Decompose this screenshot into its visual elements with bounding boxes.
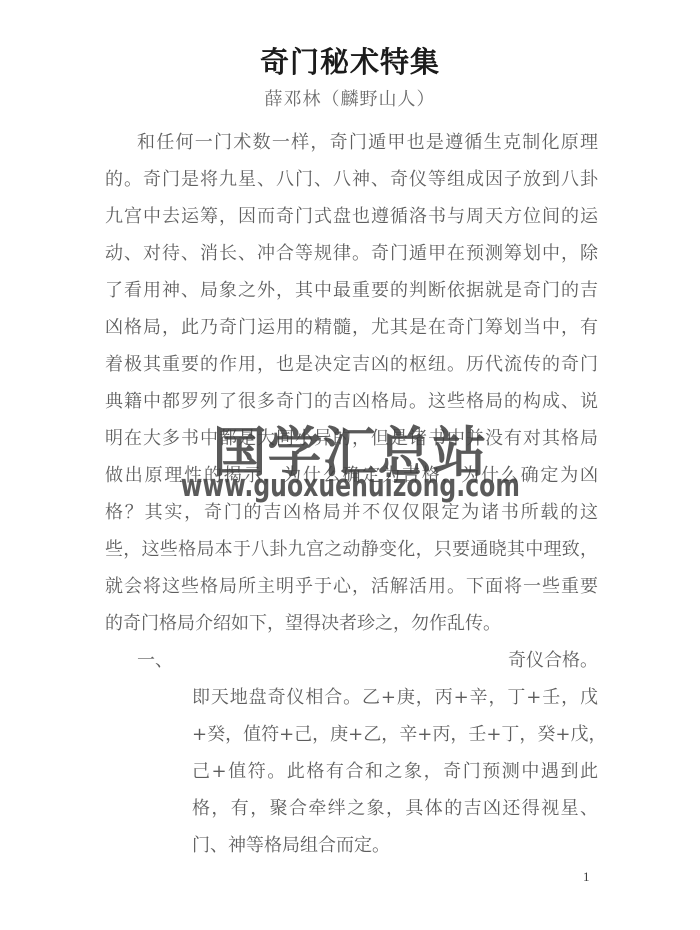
paragraph-1: 和任何一门术数一样，奇门遁甲也是遵循生克制化原理的。奇门是将九星、八门、八神、奇… <box>105 124 598 642</box>
page-title: 奇门秘术特集 <box>0 40 700 81</box>
text-line: 的。奇门是将九星、八门、八神、奇仪等组成因子放到八卦 <box>105 161 598 198</box>
text-line: 了看用神、局象之外，其中最重要的判断依据就是奇门的吉 <box>105 272 598 309</box>
text-line: 的奇门格局介绍如下，望得决者珍之，勿作乱传。 <box>105 605 598 642</box>
text-line: 九宫中去运筹，因而奇门式盘也遵循洛书与周天方位间的运 <box>105 198 598 235</box>
document-page: 奇门秘术特集 薛邓林（麟野山人） 和任何一门术数一样，奇门遁甲也是遵循生克制化原… <box>0 0 700 930</box>
section-1-body: 即天地盘奇仪相合。乙+庚，丙+辛，丁+壬，戊+癸，值符+己，庚+乙，辛+丙，壬+… <box>192 679 598 864</box>
section-heading: 奇仪合格。 <box>508 642 598 679</box>
text-line: 典籍中都罗列了很多奇门的吉凶格局。这些格局的构成、说 <box>105 383 598 420</box>
text-line: 动、对待、消长、冲合等规律。奇门遁甲在预测筹划中，除 <box>105 235 598 272</box>
text-line: 门、神等格局组合而定。 <box>192 827 598 864</box>
text-line: 就会将这些格局所主明乎于心，活解活用。下面将一些重要 <box>105 568 598 605</box>
text-line: 凶格局，此乃奇门运用的精髓，尤其是在奇门筹划当中，有 <box>105 309 598 346</box>
text-line: 明在大多书中都是大同小异的，但是诸书中并没有对其格局 <box>105 420 598 457</box>
text-line: 做出原理性的揭示，为什么确定为吉格，为什么确定为凶 <box>105 457 598 494</box>
text-line: 格？其实，奇门的吉凶格局并不仅仅限定为诸书所载的这 <box>105 494 598 531</box>
section-heading-line: 一、 奇仪合格。 <box>105 642 598 679</box>
page-number: 1 <box>583 869 590 885</box>
text-line: 和任何一门术数一样，奇门遁甲也是遵循生克制化原理 <box>105 124 598 161</box>
text-line: 些，这些格局本于八卦九宫之动静变化，只要通晓其中理致， <box>105 531 598 568</box>
text-line: +癸，值符+己，庚+乙，辛+丙，壬+丁，癸+戊， <box>192 716 598 753</box>
text-line: 己+值符。此格有合和之象，奇门预测中遇到此 <box>192 753 598 790</box>
text-line: 着极其重要的作用，也是决定吉凶的枢纽。历代流传的奇门 <box>105 346 598 383</box>
text-line: 格，有，聚合牵绊之象，具体的吉凶还得视星、 <box>192 790 598 827</box>
body-text: 和任何一门术数一样，奇门遁甲也是遵循生克制化原理的。奇门是将九星、八门、八神、奇… <box>105 124 598 864</box>
author-line: 薛邓林（麟野山人） <box>0 85 700 111</box>
section-number: 一、 <box>137 642 173 679</box>
text-line: 即天地盘奇仪相合。乙+庚，丙+辛，丁+壬，戊 <box>192 679 598 716</box>
